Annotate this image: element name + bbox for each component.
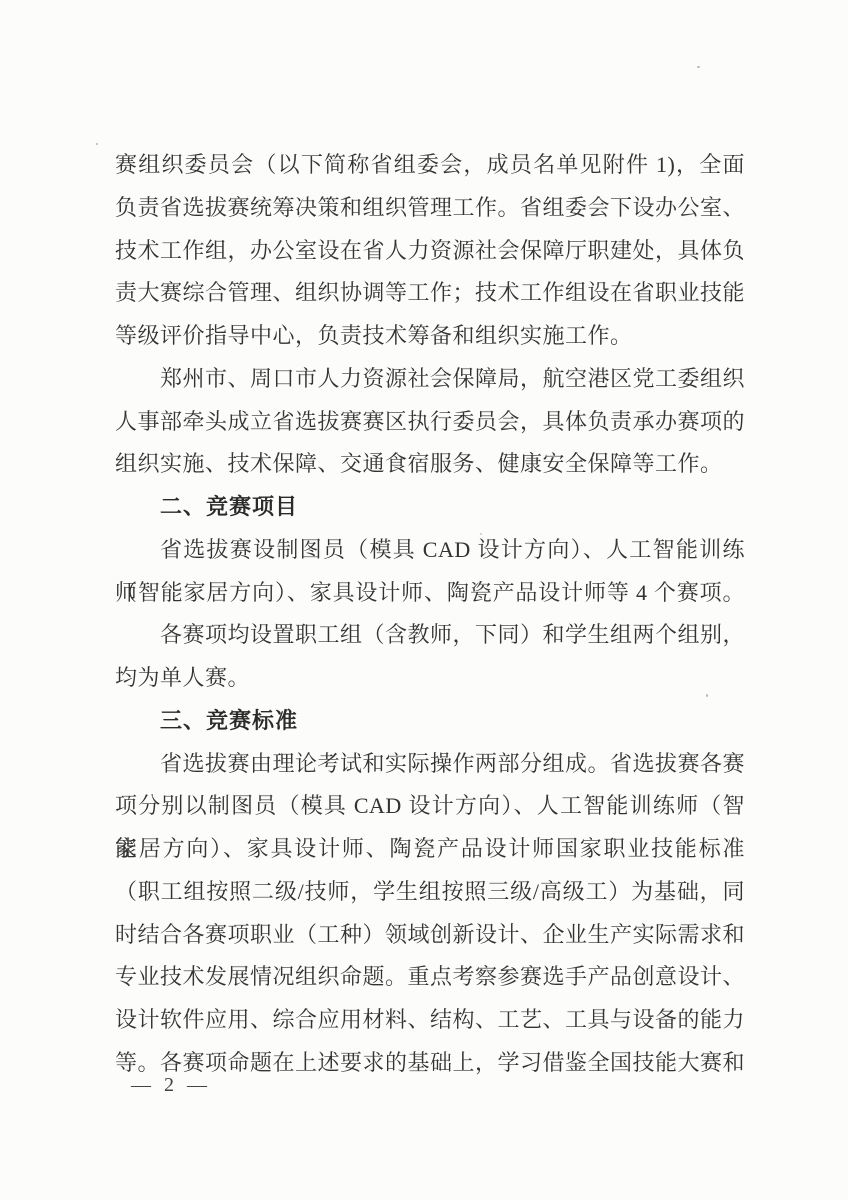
text-line: 时结合各赛项职业（工种）领域创新设计、企业生产实际需求和 xyxy=(115,914,745,957)
text-line: 均为单人赛。 xyxy=(115,657,745,700)
text-line: 各赛项均设置职工组（含教师，下同）和学生组两个组别， xyxy=(115,614,745,657)
text-line: 负责省选拔赛统筹决策和组织管理工作。省组委会下设办公室、 xyxy=(115,187,745,230)
text-line: 组织实施、技术保障、交通食宿服务、健康安全保障等工作。 xyxy=(115,443,745,486)
text-line: 人事部牵头成立省选拔赛赛区执行委员会，具体负责承办赛项的 xyxy=(115,401,745,444)
scan-speck xyxy=(96,143,98,145)
scan-speck xyxy=(706,694,708,697)
text-line: （职工组按照二级/技师，学生组按照三级/高级工）为基础，同 xyxy=(115,871,745,914)
text-line: 家居方向）、家具设计师、陶瓷产品设计师国家职业技能标准 xyxy=(115,828,745,871)
document-body: 赛组织委员会（以下简称省组委会，成员名单见附件 1)，全面负责省选拔赛统筹决策和… xyxy=(115,144,745,1085)
text-line: 三、竞赛标准 xyxy=(115,700,745,743)
text-line: 郑州市、周口市人力资源社会保障局，航空港区党工委组织 xyxy=(115,358,745,401)
text-line: 专业技术发展情况组织命题。重点考察参赛选手产品创意设计、 xyxy=(115,956,745,999)
text-line: 省选拔赛设制图员（模具 CAD 设计方向）、人工智能训练师 xyxy=(115,529,745,572)
scan-speck xyxy=(480,533,482,535)
text-line: 等级评价指导中心，负责技术筹备和组织实施工作。 xyxy=(115,315,745,358)
text-line: 技术工作组，办公室设在省人力资源社会保障厅职建处，具体负 xyxy=(115,230,745,273)
text-line: 项分别以制图员（模具 CAD 设计方向）、人工智能训练师（智能 xyxy=(115,785,745,828)
text-line: 设计软件应用、综合应用材料、结构、工艺、工具与设备的能力 xyxy=(115,999,745,1042)
text-line: （智能家居方向）、家具设计师、陶瓷产品设计师等 4 个赛项。 xyxy=(115,572,745,615)
scan-speck xyxy=(697,66,700,68)
text-line: 省选拔赛由理论考试和实际操作两部分组成。省选拔赛各赛 xyxy=(115,743,745,786)
text-line: 责大赛综合管理、组织协调等工作；技术工作组设在省职业技能 xyxy=(115,272,745,315)
text-line: 赛组织委员会（以下简称省组委会，成员名单见附件 1)，全面 xyxy=(115,144,745,187)
text-line: 二、竞赛项目 xyxy=(115,486,745,529)
document-page: 赛组织委员会（以下简称省组委会，成员名单见附件 1)，全面负责省选拔赛统筹决策和… xyxy=(0,0,848,1200)
page-number: — 2 — xyxy=(131,1074,211,1097)
